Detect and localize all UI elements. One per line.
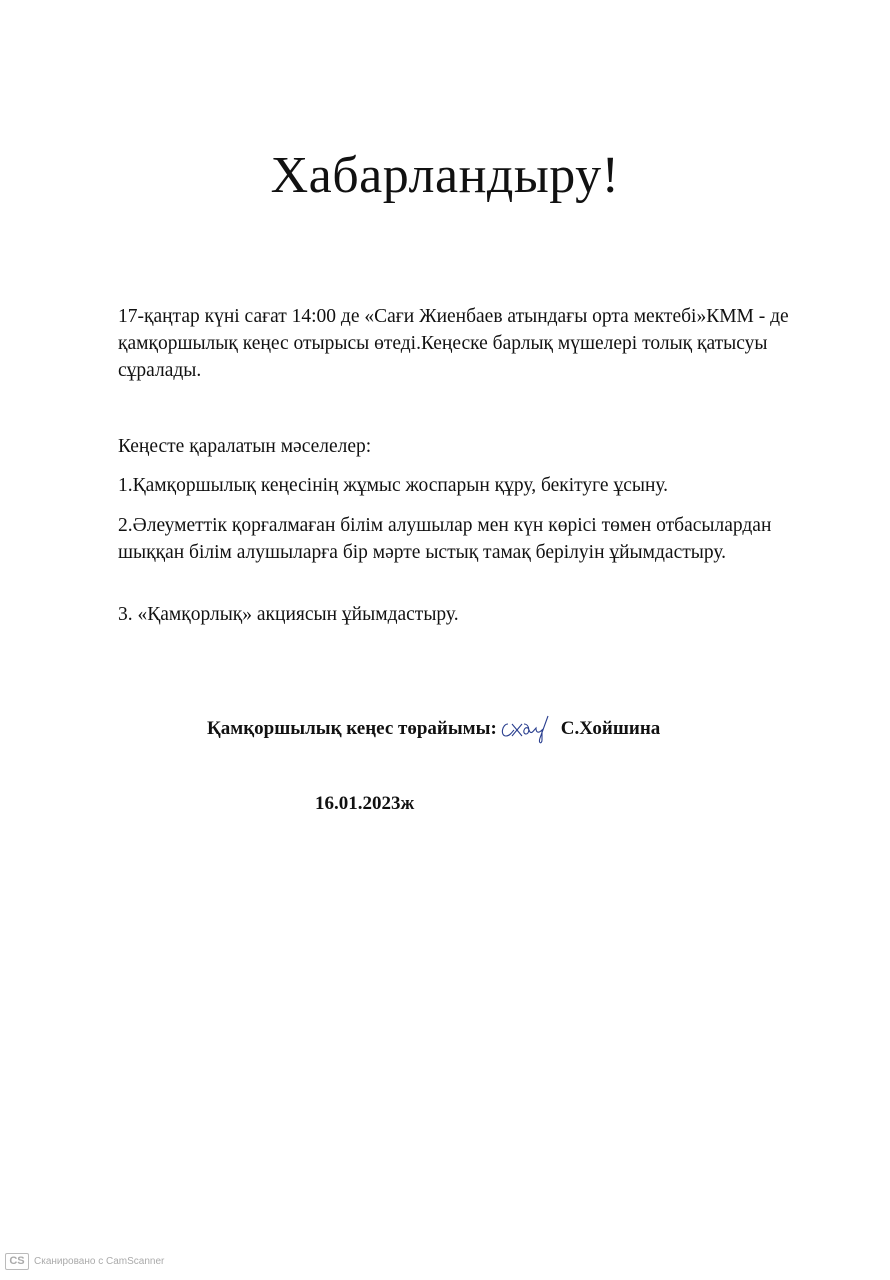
agenda-item: 1.Қамқоршылық кеңесінің жұмыс жоспарын қ… <box>118 472 838 499</box>
signer-name: С.Хойшина <box>561 718 661 740</box>
agenda-item: 3. «Қамқорлық» акциясын ұйымдастыру. <box>118 601 838 628</box>
scanner-text: Сканировано с CamScanner <box>34 1256 164 1267</box>
signature-role-label: Қамқоршылық кеңес төрайымы: <box>207 718 497 740</box>
agenda-heading: Кеңесте қаралатын мәселелер: <box>118 433 838 460</box>
announcement-paragraph: 17-қаңтар күні сағат 14:00 де «Сағи Жиен… <box>118 303 838 384</box>
agenda-item: 2.Әлеуметтік қорғалмаған білім алушылар … <box>118 512 838 566</box>
handwritten-signature-icon <box>498 712 560 746</box>
camscanner-watermark: CS Сканировано с CamScanner <box>5 1253 164 1270</box>
signature-line: Қамқоршылық кеңес төрайымы: С.Хойшина <box>207 712 660 746</box>
camscanner-logo-icon: CS <box>5 1253 29 1270</box>
document-date: 16.01.2023ж <box>315 793 414 815</box>
document-title: Хабарландыру! <box>0 146 890 205</box>
